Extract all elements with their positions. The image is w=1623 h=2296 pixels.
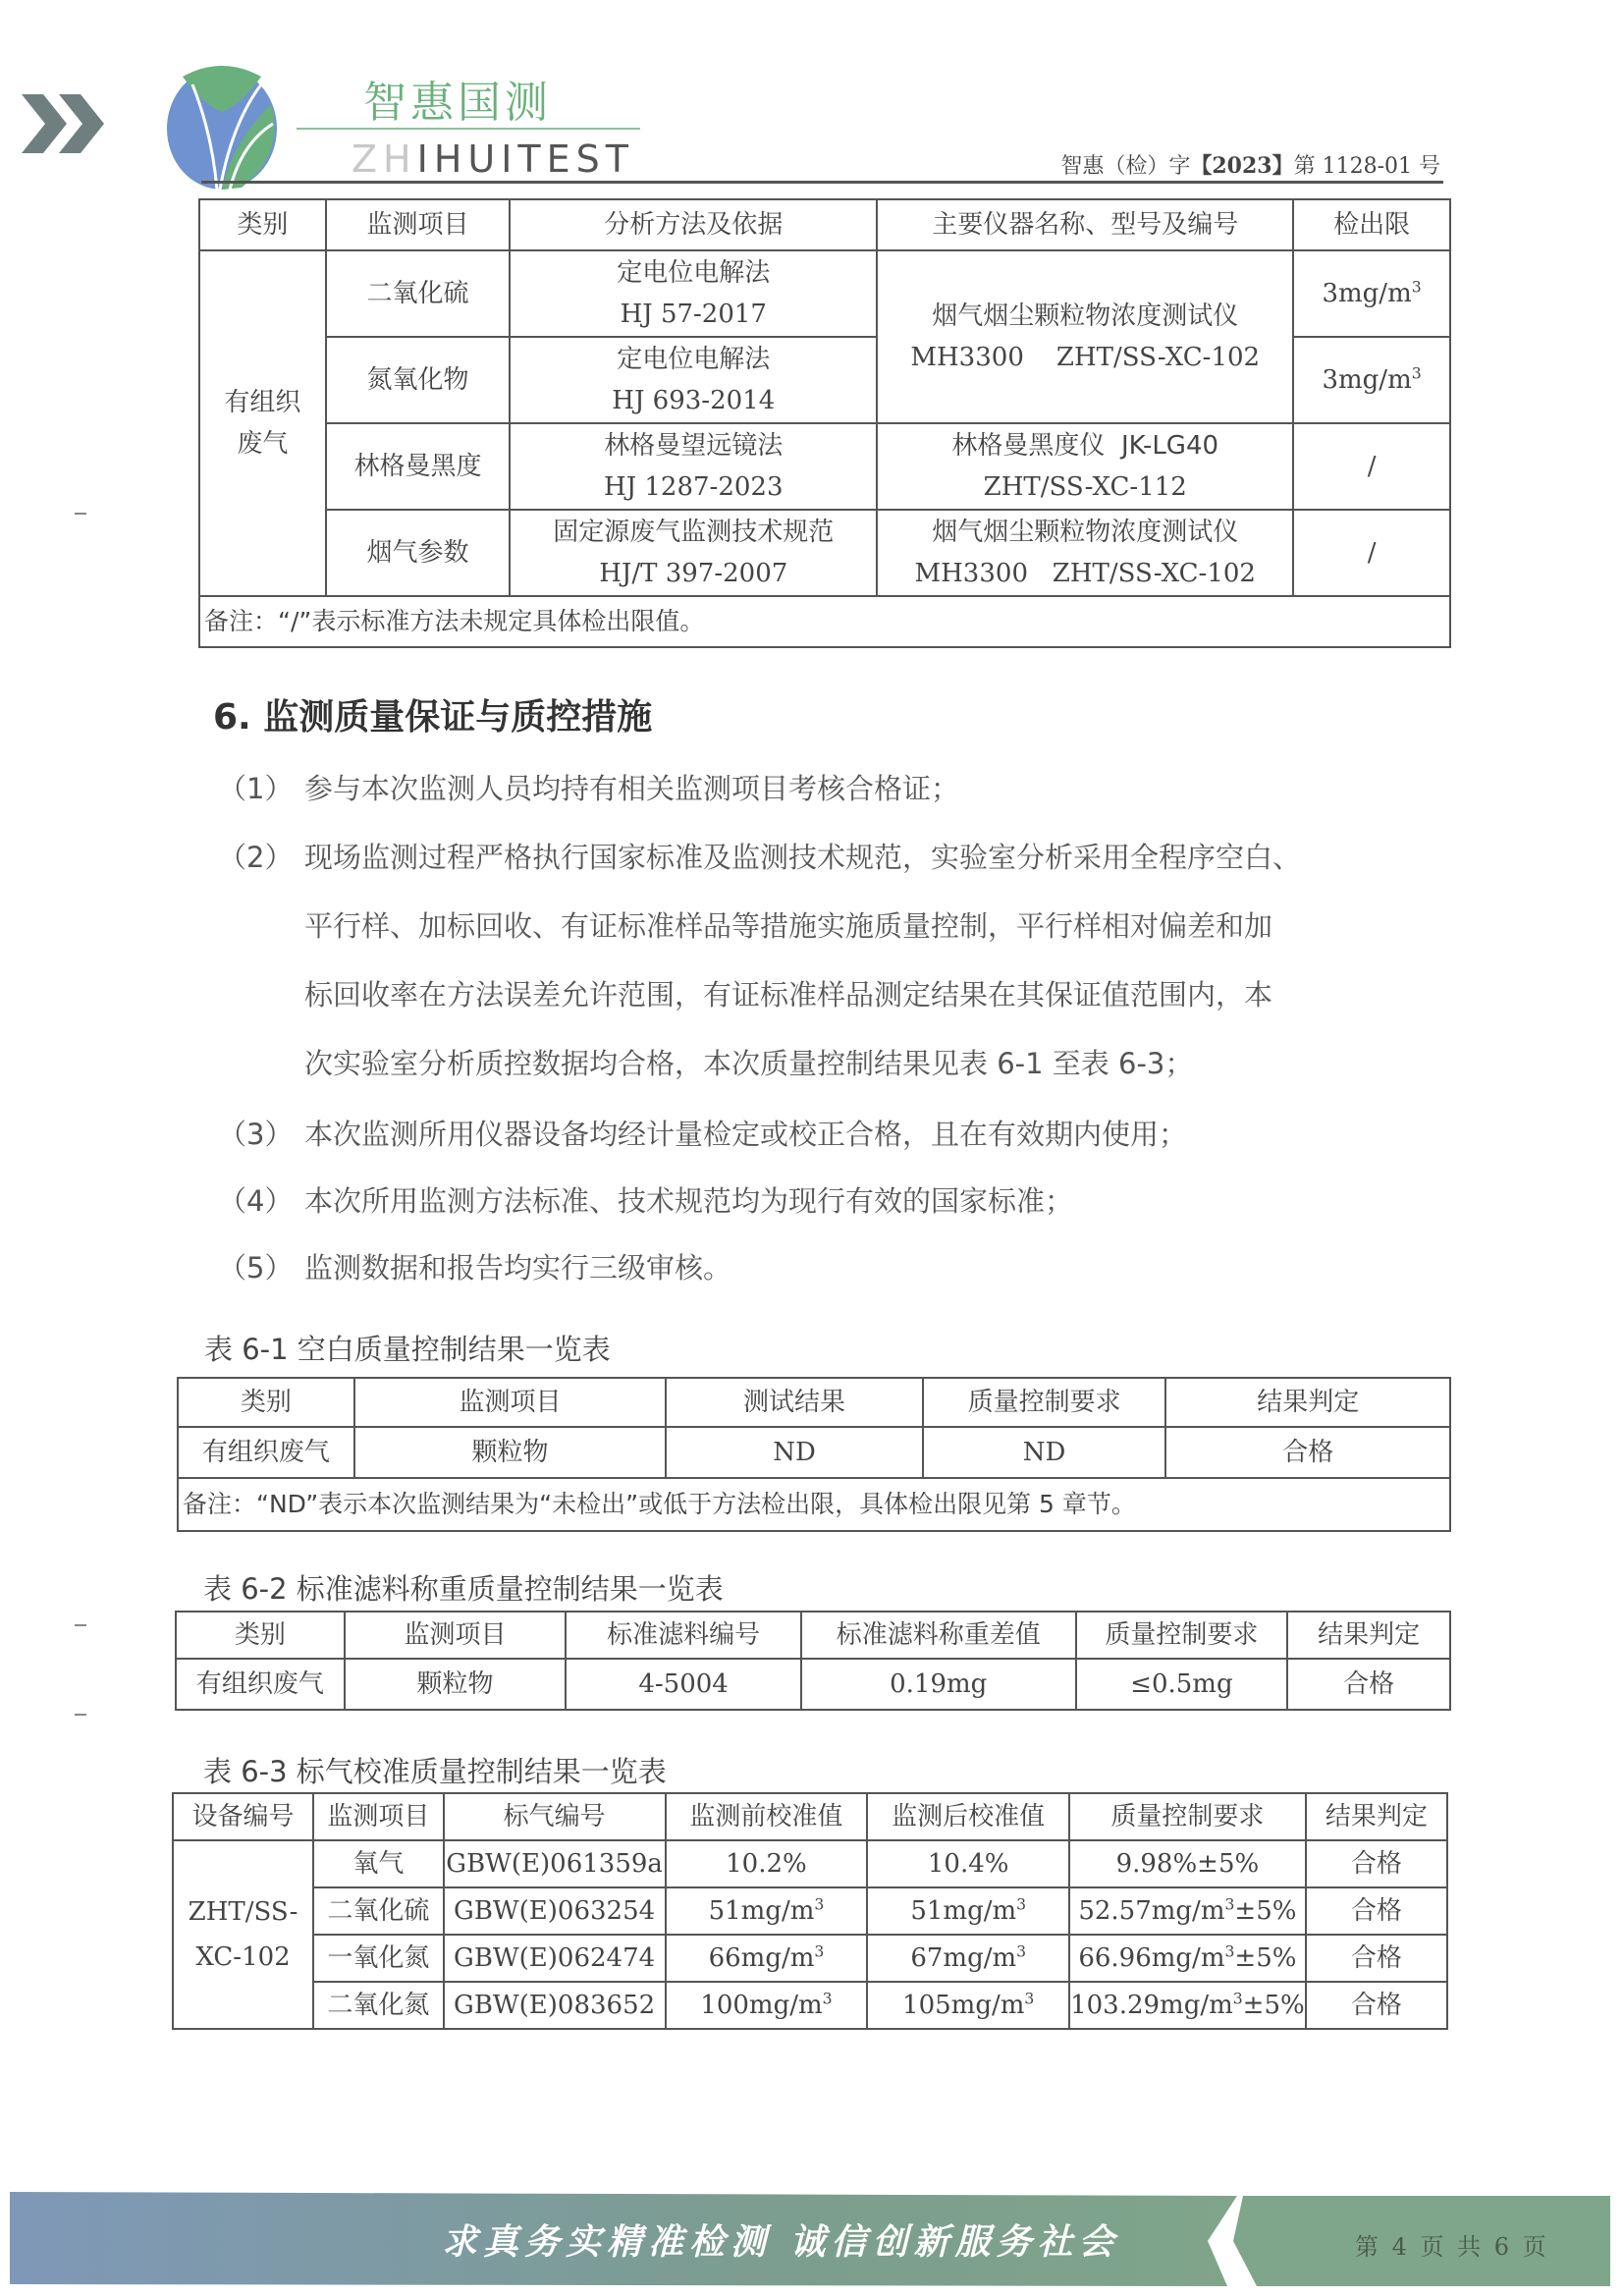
table-cell: 51mg/m3 (867, 1887, 1069, 1935)
header-cell: 类别 (176, 1612, 345, 1659)
header-cell: 主要仪器名称、型号及编号 (877, 199, 1293, 250)
list-item: （4）本次所用监测方法标准、技术规范均为现行有效的国家标准； (218, 1167, 1445, 1235)
header-cell: 监测后校准值 (867, 1793, 1069, 1840)
header-cell: 结果判定 (1287, 1612, 1450, 1659)
table-cell: 合格 (1287, 1659, 1450, 1710)
header-cell: 结果判定 (1306, 1793, 1447, 1840)
table-cell: 103.29mg/m3±5% (1069, 1982, 1306, 2029)
table-cell: GBW(E)083652 (444, 1982, 666, 2029)
table-cell: 10.2% (666, 1840, 868, 1887)
methods-table: 类别 监测项目 分析方法及依据 主要仪器名称、型号及编号 检出限 有组织废气 二… (198, 198, 1451, 648)
method-cell: 固定源废气监测技术规范HJ/T 397-2007 (510, 510, 877, 596)
table-6-2-title: 表 6-2 标准滤料称重质量控制结果一览表 (203, 1567, 724, 1608)
limit-cell: / (1293, 423, 1450, 510)
list-item: （5）监测数据和报告均实行三级审核。 (218, 1233, 1445, 1302)
limit-cell: / (1293, 510, 1450, 596)
table-cell: 合格 (1165, 1427, 1450, 1478)
header-cell: 设备编号 (173, 1793, 313, 1840)
table-cell: 67mg/m3 (867, 1935, 1069, 1982)
header-cell: 检出限 (1293, 199, 1450, 250)
table-note-row: 备注：“/”表示标准方法未规定具体检出限值。 (199, 596, 1450, 647)
table-row: 有组织废气 颗粒物 4-5004 0.19mg ≤0.5mg 合格 (176, 1659, 1450, 1710)
table-cell: ND (923, 1427, 1166, 1478)
table-cell: 氧气 (313, 1840, 444, 1887)
table-header-row: 类别 监测项目 分析方法及依据 主要仪器名称、型号及编号 检出限 (199, 199, 1450, 250)
table-note: 备注：“/”表示标准方法未规定具体检出限值。 (199, 596, 1450, 647)
method-cell: 林格曼望远镜法HJ 1287-2023 (510, 423, 877, 510)
header-rule (201, 181, 1443, 184)
list-item: （3）本次监测所用仪器设备均经计量检定或校正合格，且在有效期内使用； (218, 1100, 1445, 1169)
table-6-1-title: 表 6-1 空白质量控制结果一览表 (204, 1328, 611, 1368)
instrument-cell: 烟气烟尘颗粒物浓度测试仪MH3300 ZHT/SS-XC-102 (877, 250, 1293, 423)
table-cell: 合格 (1306, 1840, 1447, 1887)
filter-weighing-qc-table: 类别 监测项目 标准滤料编号 标准滤料称重差值 质量控制要求 结果判定 有组织废… (175, 1611, 1451, 1711)
table-header-row: 设备编号 监测项目 标气编号 监测前校准值 监测后校准值 质量控制要求 结果判定 (173, 1793, 1447, 1840)
header-cell: 标准滤料编号 (566, 1612, 801, 1659)
table-cell: 颗粒物 (354, 1427, 666, 1478)
header-cell: 质量控制要求 (1076, 1612, 1288, 1659)
margin-mark (75, 1714, 86, 1716)
footer-slogan: 求真务实精准检测 诚信创新服务社会 (442, 2214, 1120, 2265)
table-cell: 二氧化硫 (313, 1887, 444, 1935)
table-cell: 51mg/m3 (666, 1887, 868, 1935)
limit-cell: 3mg/m3 (1293, 337, 1450, 423)
blank-qc-table: 类别 监测项目 测试结果 质量控制要求 结果判定 有组织废气 颗粒物 ND ND… (177, 1377, 1451, 1532)
header-cell: 类别 (178, 1378, 354, 1427)
table-cell: 52.57mg/m3±5% (1069, 1887, 1306, 1935)
list-item: （2）现场监测过程严格执行国家标准及监测技术规范，实验室分析采用全程序空白、 平… (218, 823, 1445, 1098)
table-cell: 105mg/m3 (867, 1982, 1069, 2029)
table-note-row: 备注：“ND”表示本次监测结果为“未检出”或低于方法检出限，具体检出限见第 5 … (178, 1478, 1450, 1531)
table-row: ZHT/SS-XC-102 氧气 GBW(E)061359a 10.2% 10.… (173, 1840, 1447, 1887)
method-cell: 定电位电解法HJ 57-2017 (510, 250, 877, 337)
table-cell: 9.98%±5% (1069, 1840, 1306, 1887)
table-row: 林格曼黑度 林格曼望远镜法HJ 1287-2023 林格曼黑度仪 JK-LG40… (199, 423, 1450, 510)
table-cell: ≤0.5mg (1076, 1659, 1288, 1710)
brand-divider (297, 128, 640, 130)
header-cell: 监测项目 (345, 1612, 567, 1659)
item-cell: 林格曼黑度 (326, 423, 511, 510)
table-cell: 合格 (1306, 1887, 1447, 1935)
table-cell: 有组织废气 (178, 1427, 354, 1478)
device-cell: ZHT/SS-XC-102 (173, 1840, 313, 2029)
header-cell: 结果判定 (1165, 1378, 1450, 1427)
table-row: 有组织废气 颗粒物 ND ND 合格 (178, 1427, 1450, 1478)
table-cell: 合格 (1306, 1982, 1447, 2029)
item-cell: 二氧化硫 (326, 250, 511, 337)
table-cell: 100mg/m3 (666, 1982, 868, 2029)
table-row: 烟气参数 固定源废气监测技术规范HJ/T 397-2007 烟气烟尘颗粒物浓度测… (199, 510, 1450, 596)
table-row: 二氧化硫 GBW(E)063254 51mg/m3 51mg/m3 52.57m… (173, 1887, 1447, 1935)
table-cell: 合格 (1306, 1935, 1447, 1982)
table-cell: 66mg/m3 (666, 1935, 868, 1982)
method-cell: 定电位电解法HJ 693-2014 (510, 337, 877, 423)
brand-name-cn: 智惠国测 (363, 67, 552, 130)
table-cell: 0.19mg (801, 1659, 1076, 1710)
margin-mark (75, 513, 86, 515)
table-cell: 66.96mg/m3±5% (1069, 1935, 1306, 1982)
table-cell: 二氧化氮 (313, 1982, 444, 2029)
table-note: 备注：“ND”表示本次监测结果为“未检出”或低于方法检出限，具体检出限见第 5 … (178, 1478, 1450, 1531)
header-cell: 标气编号 (444, 1793, 666, 1840)
instrument-cell: 烟气烟尘颗粒物浓度测试仪MH3300 ZHT/SS-XC-102 (877, 510, 1293, 596)
list-item: （1）参与本次监测人员均持有相关监测项目考核合格证； (218, 754, 1445, 823)
table-cell: GBW(E)061359a (444, 1840, 666, 1887)
header-cell: 标准滤料称重差值 (801, 1612, 1076, 1659)
table-header-row: 类别 监测项目 测试结果 质量控制要求 结果判定 (178, 1378, 1450, 1427)
table-cell: 一氧化氮 (313, 1935, 444, 1982)
item-cell: 氮氧化物 (326, 337, 511, 423)
table-cell: 10.4% (867, 1840, 1069, 1887)
table-row: 一氧化氮 GBW(E)062474 66mg/m3 67mg/m3 66.96m… (173, 1935, 1447, 1982)
table-cell: 4-5004 (566, 1659, 801, 1710)
instrument-cell: 林格曼黑度仪 JK-LG40ZHT/SS-XC-112 (877, 423, 1293, 510)
brand-name-en: ZHIHUITEST (352, 137, 634, 181)
table-6-3-title: 表 6-3 标气校准质量控制结果一览表 (203, 1750, 667, 1790)
limit-cell: 3mg/m3 (1293, 250, 1450, 337)
header-cell: 监测项目 (313, 1793, 444, 1840)
table-cell: 颗粒物 (345, 1659, 567, 1710)
table-cell: ND (666, 1427, 923, 1478)
document-number: 智惠（检）字【2023】第 1128-01 号 (1060, 149, 1440, 180)
margin-mark (75, 1624, 86, 1626)
table-cell: 有组织废气 (176, 1659, 345, 1710)
header-cell: 分析方法及依据 (510, 199, 877, 250)
header-cell: 监测项目 (326, 199, 511, 250)
table-row: 有组织废气 二氧化硫 定电位电解法HJ 57-2017 烟气烟尘颗粒物浓度测试仪… (199, 250, 1450, 337)
page-indicator: 第 4 页 共 6 页 (1355, 2227, 1549, 2262)
table-cell: GBW(E)062474 (444, 1935, 666, 1982)
section-title: 6. 监测质量保证与质控措施 (213, 689, 652, 739)
header-cell: 质量控制要求 (923, 1378, 1166, 1427)
header-cell: 监测项目 (354, 1378, 666, 1427)
header-cell: 监测前校准值 (666, 1793, 868, 1840)
table-row: 二氧化氮 GBW(E)083652 100mg/m3 105mg/m3 103.… (173, 1982, 1447, 2029)
table-header-row: 类别 监测项目 标准滤料编号 标准滤料称重差值 质量控制要求 结果判定 (176, 1612, 1450, 1659)
header-cell: 质量控制要求 (1069, 1793, 1306, 1840)
item-cell: 烟气参数 (326, 510, 511, 596)
logo-icon (163, 65, 281, 192)
header-cell: 类别 (199, 199, 326, 250)
header-cell: 测试结果 (666, 1378, 923, 1427)
category-cell: 有组织废气 (199, 250, 326, 596)
calibration-qc-table: 设备编号 监测项目 标气编号 监测前校准值 监测后校准值 质量控制要求 结果判定… (172, 1792, 1448, 2030)
chevrons-icon (22, 94, 120, 153)
table-cell: GBW(E)063254 (444, 1887, 666, 1935)
